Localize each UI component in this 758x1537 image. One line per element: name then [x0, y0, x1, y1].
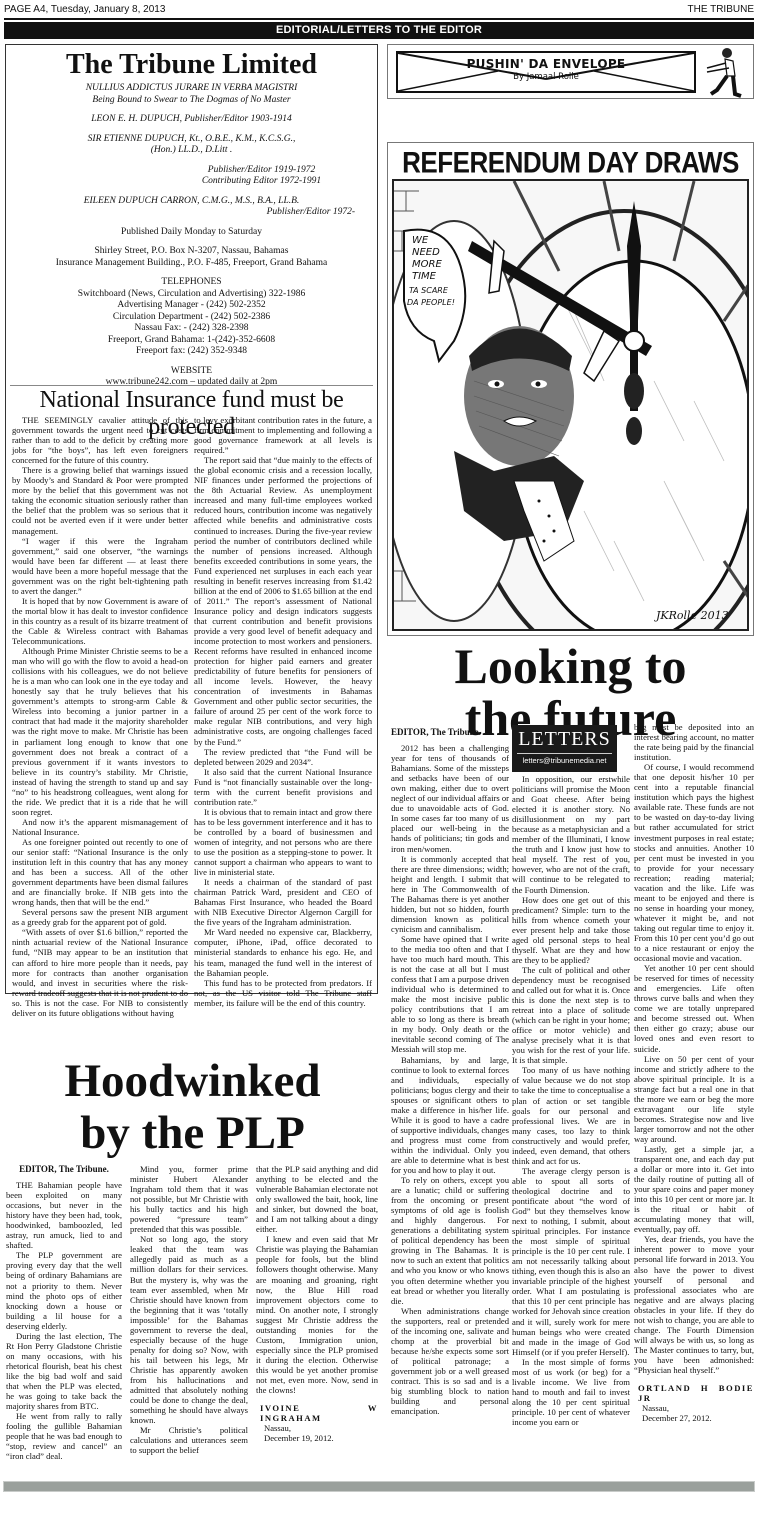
masthead-divider	[10, 385, 373, 386]
paragraph: Bahamians, by and large, continue to loo…	[391, 1055, 509, 1176]
paragraph: It is obvious that to remain intact and …	[194, 807, 372, 877]
letter2-location: Nassau,	[256, 1423, 378, 1433]
address2: Insurance Management Building., P.O. F-4…	[6, 258, 377, 270]
telephone-line: Freeport, Grand Bahama: 1-(242)-352-6608	[6, 335, 377, 347]
paragraph: Lastly, get a simple jar, a transparent …	[634, 1144, 754, 1234]
masthead-editorial-box: The Tribune Limited NULLIUS ADDICTUS JUR…	[5, 44, 378, 994]
editorial-column-1: THE SEEMINGLY cavalier attitude of this …	[12, 415, 188, 1018]
letter2-salutation: EDITOR, The Tribune.	[6, 1164, 122, 1174]
letter1-column-1: EDITOR, The Tribune. 2012 has been a cha…	[391, 727, 509, 1416]
paragraph: to levy exorbitant contribution rates in…	[194, 415, 372, 455]
paragraph: Mind you, former prime minister Hubert A…	[130, 1164, 248, 1234]
paragraph: It is commonly accepted that there are t…	[391, 854, 509, 934]
paragraph: Of course, I would recommend that one de…	[634, 762, 754, 963]
editor3-line1: EILEEN DUPUCH CARRON, C.M.G., M.S., B.A.…	[6, 196, 377, 208]
paragraph: There is a growing belief that warnings …	[12, 465, 188, 535]
page-info: PAGE A4, Tuesday, January 8, 2013	[4, 4, 165, 16]
letter1-column-2: In opposition, our erstwhile politicians…	[512, 774, 630, 1427]
telephone-line: Switchboard (News, Circulation and Adver…	[6, 289, 377, 301]
headline-line: Looking to	[387, 640, 754, 692]
cartoon-signature: JKRolle 2013	[654, 609, 729, 622]
paper-name: THE TRIBUNE	[688, 4, 755, 16]
svg-text:NEED: NEED	[412, 247, 440, 258]
paragraph: beg must be deposited into an interest b…	[634, 722, 754, 762]
editor2-role1: Publisher/Editor 1919-1972	[6, 165, 377, 177]
letter1-signature: ORTLAND H BODIE JR	[634, 1383, 754, 1403]
masthead-title: The Tribune Limited	[6, 49, 377, 81]
paragraph: It needs a chairman of the standard of p…	[194, 877, 372, 927]
banner-title: PUSHIN' DA ENVELOPE	[398, 57, 694, 71]
editorial-column-2: to levy exorbitant contribution rates in…	[194, 415, 372, 1008]
letter2-column-2: Mind you, former prime minister Hubert A…	[130, 1164, 248, 1455]
masthead-details: NULLIUS ADDICTUS JURARE IN VERBA MAGISTR…	[6, 83, 377, 389]
motto: NULLIUS ADDICTUS JURARE IN VERBA MAGISTR…	[6, 83, 377, 95]
letter2-signature: IVOINE W INGRAHAM	[256, 1403, 378, 1423]
paragraph: Mr Ward needed no expensive car, Blackbe…	[194, 927, 372, 977]
paragraph: The report said that “due mainly to the …	[194, 455, 372, 746]
address1: Shirley Street, P.O. Box N-3207, Nassau,…	[6, 246, 377, 258]
letter1-column-3: beg must be deposited into an interest b…	[634, 722, 754, 1423]
letter2-date: December 19, 2012.	[256, 1433, 378, 1443]
cartoon-drawing: WE NEED MORE TIME TA SCARE DA PEOPLE!	[392, 179, 749, 631]
svg-text:DA PEOPLE!: DA PEOPLE!	[407, 298, 455, 307]
paragraph: Yes, dear friends, you have the inherent…	[634, 1234, 754, 1375]
letter1-location: Nassau,	[634, 1403, 754, 1413]
letters-badge: LETTERS letters@tribunemedia.net	[512, 725, 617, 772]
paragraph: Not so long ago, the story leaked that t…	[130, 1234, 248, 1425]
paragraph: When administrations change the supporte…	[391, 1306, 509, 1417]
paragraph: It is hoped that by now Government is aw…	[12, 596, 188, 646]
paragraph: In the most simple of forms most of us w…	[512, 1357, 630, 1427]
paragraph: I knew and even said that Mr Christie wa…	[256, 1234, 378, 1395]
svg-text:TIME: TIME	[412, 271, 437, 282]
clock-cartoon-illustration: WE NEED MORE TIME TA SCARE DA PEOPLE!	[394, 181, 749, 631]
paragraph: Some have opined that I write to the med…	[391, 934, 509, 1055]
telephone-line: Advertising Manager - (242) 502-2352	[6, 300, 377, 312]
paragraph: “I wager if this were the Ingraham gover…	[12, 536, 188, 596]
paragraph: 2012 has been a challenging year for ten…	[391, 743, 509, 854]
pushing-man-icon	[699, 46, 747, 98]
paragraph: THE SEEMINGLY cavalier attitude of this …	[12, 415, 188, 465]
svg-text:TA SCARE: TA SCARE	[409, 286, 449, 295]
telephones-label: TELEPHONES	[6, 277, 377, 289]
motto-translation: Being Bound to Swear to The Dogmas of No…	[6, 95, 377, 107]
telephone-line: Freeport fax: (242) 352-9348	[6, 346, 377, 358]
paragraph: Too many of us have nothing of value bec…	[512, 1065, 630, 1165]
letter2-column-1: EDITOR, The Tribune. THE Bahamian people…	[6, 1164, 122, 1461]
paragraph: And now it’s the apparent mismanagement …	[12, 817, 188, 837]
editor2-line1: SIR ETIENNE DUPUCH, Kt., O.B.E., K.M., K…	[6, 134, 377, 146]
paragraph: THE Bahamian people have been exploited …	[6, 1180, 122, 1250]
svg-text:MORE: MORE	[412, 259, 442, 270]
editor3-role: Publisher/Editor 1972-	[6, 207, 377, 219]
paragraph: He went from rally to rally fooling the …	[6, 1411, 122, 1461]
paragraph: The review predicted that “the Fund will…	[194, 747, 372, 767]
paragraph: that the PLP said anything and did anyth…	[256, 1164, 378, 1234]
paragraph: Several persons saw the present NIB argu…	[12, 907, 188, 927]
paragraph: Although Prime Minister Christie seems t…	[12, 646, 188, 817]
paragraph: Live on 50 per cent of your income and s…	[634, 1054, 754, 1144]
editor2-role2: Contributing Editor 1972-1991	[6, 176, 377, 188]
editorial-cartoon: REFERENDUM DAY DRAWS NEAR	[387, 142, 754, 636]
speech-line: WE	[412, 235, 429, 246]
footer-bar	[3, 1481, 755, 1492]
website-label: WEBSITE	[6, 366, 377, 378]
letters-email-link[interactable]: letters@tribunemedia.net	[512, 754, 617, 768]
paragraph: The cult of political and other dependen…	[512, 965, 630, 1065]
published-line: Published Daily Monday to Saturday	[6, 227, 377, 239]
section-title: EDITORIAL/LETTERS TO THE EDITOR	[4, 22, 754, 39]
headline-line: by the PLP	[5, 1107, 380, 1159]
headline-line: Hoodwinked	[5, 1055, 380, 1107]
paragraph: Mr Christie’s political calculations and…	[130, 1425, 248, 1455]
telephone-line: Circulation Department - (242) 502-2386	[6, 312, 377, 324]
paragraph: The PLP government are proving every day…	[6, 1250, 122, 1330]
letter2-headline: Hoodwinked by the PLP	[5, 1055, 380, 1159]
envelope-graphic: PUSHIN' DA ENVELOPE By Jamaal Rolle	[396, 51, 696, 93]
letter2-column-3: that the PLP said anything and did anyth…	[256, 1164, 378, 1443]
paragraph: During the last election, The Rt Hon Per…	[6, 1331, 122, 1411]
paragraph: As one foreigner pointed out recently to…	[12, 837, 188, 907]
paragraph: In opposition, our erstwhile politicians…	[512, 774, 630, 895]
paragraph: To rely on others, except you are a luna…	[391, 1175, 509, 1306]
banner-byline: By Jamaal Rolle	[398, 72, 694, 82]
paragraph: The average clergy person is able to spo…	[512, 1166, 630, 1357]
page-header: PAGE A4, Tuesday, January 8, 2013 THE TR…	[4, 4, 754, 16]
paragraph: Yet another 10 per cent should be reserv…	[634, 963, 754, 1053]
telephone-line: Nassau Fax: - (242) 328-2398	[6, 323, 377, 335]
paragraph: How does one get out of this predicament…	[512, 895, 630, 965]
editor2-line2: (Hon.) LL.D., D.Litt .	[6, 145, 377, 157]
paragraph: It also said that the current National I…	[194, 767, 372, 807]
founder-line: LEON E. H. DUPUCH, Publisher/Editor 1903…	[6, 114, 377, 126]
cartoon-banner: PUSHIN' DA ENVELOPE By Jamaal Rolle	[387, 44, 754, 99]
paragraph: “With assets of over $1.6 billion,” repo…	[12, 927, 188, 1017]
header-rule	[4, 18, 754, 20]
letter1-date: December 27, 2012.	[634, 1413, 754, 1423]
paragraph: This fund has to be protected from preda…	[194, 978, 372, 1008]
letters-badge-title: LETTERS	[512, 725, 617, 753]
letter1-salutation: EDITOR, The Tribune.	[391, 727, 509, 737]
